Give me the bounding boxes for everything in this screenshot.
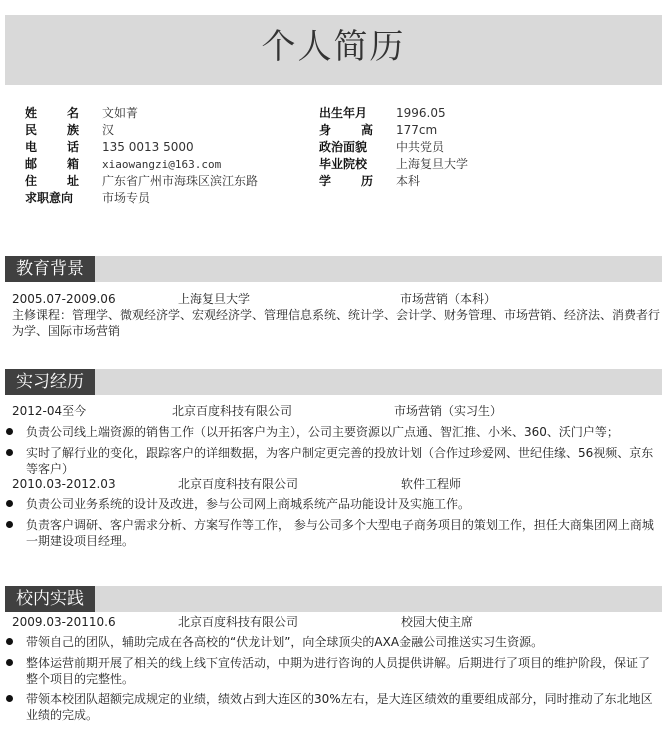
list-item: 负责客户调研、客户需求分析、方案写作等工作， 参与公司多个大型电子商务项目的策划… (6, 517, 656, 549)
bullet-icon (6, 428, 13, 435)
job-company: 北京百度科技有限公司 (178, 476, 298, 492)
page-title: 个人简历 (5, 19, 662, 68)
info-value: 广东省广州市海珠区滨江东路 (102, 173, 258, 190)
label-char: 民 (25, 122, 37, 139)
label-char: 学 (319, 173, 331, 190)
info-value: 上海复旦大学 (396, 156, 468, 173)
section-header-campus: 校内实践 (5, 586, 662, 612)
bullet-text: 带领自己的团队，辅助完成在各高校的“伏龙计划”，向全球顶尖的AXA金融公司推送实… (26, 634, 656, 650)
list-item: 实时了解行业的变化，跟踪客户的详细数据，为客户制定更完善的投放计划（合作过珍爱网… (6, 445, 656, 477)
education-major: 市场营销（本科） (400, 291, 496, 307)
info-value: 文如菁 (102, 105, 138, 122)
job-period: 2010.03-2012.03 (12, 476, 116, 492)
label-char: 箱 (67, 156, 79, 173)
info-value: 1996.05 (396, 105, 446, 122)
section-title: 实习经历 (5, 369, 95, 395)
info-label: 身高 (319, 122, 373, 139)
bullet-text: 整体运营前期开展了相关的线上线下宣传活动，中期为进行咨询的人员提供讲解。后期进行… (26, 655, 656, 687)
section-title: 教育背景 (5, 256, 95, 282)
personal-info-right: 出生年月 1996.05 身高 177cm 政治面貌 中共党员 毕业院校 上海复… (319, 105, 468, 190)
list-item: 带领自己的团队，辅助完成在各高校的“伏龙计划”，向全球顶尖的AXA金融公司推送实… (6, 634, 656, 650)
list-item: 整体运营前期开展了相关的线上线下宣传活动，中期为进行咨询的人员提供讲解。后期进行… (6, 655, 656, 687)
bullet-icon (6, 695, 13, 702)
label-char: 族 (67, 122, 79, 139)
bullet-text: 负责公司线上端资源的销售工作（以开拓客户为主），公司主要资源以广点通、智汇推、小… (26, 424, 656, 440)
label-char: 姓 (25, 105, 37, 122)
bullet-text: 负责公司业务系统的设计及改进，参与公司网上商城系统产品功能设计及实施工作。 (26, 496, 656, 512)
label-char: 邮 (25, 156, 37, 173)
bullet-icon (6, 500, 13, 507)
bullet-text: 带领本校团队超额完成规定的业绩，绩效占到大连区的30%左右，是大连区绩效的重要组… (26, 691, 656, 723)
education-courses: 主修课程：管理学、微观经济学、宏观经济学、管理信息系统、统计学、会计学、财务管理… (12, 307, 662, 339)
email-link[interactable]: xiaowangzi@163.com (102, 156, 221, 173)
section-title: 校内实践 (5, 586, 95, 612)
job-role: 软件工程师 (401, 476, 461, 492)
personal-info-left: 姓名 文如菁 民族 汉 电话 135 0013 5000 邮箱 xiaowang… (25, 105, 258, 207)
info-value: 135 0013 5000 (102, 139, 194, 156)
list-item: 负责公司线上端资源的销售工作（以开拓客户为主），公司主要资源以广点通、智汇推、小… (6, 424, 656, 440)
bullet-icon (6, 449, 13, 456)
label-char: 高 (361, 122, 373, 139)
info-row-phone: 电话 135 0013 5000 (25, 139, 258, 156)
bullet-icon (6, 638, 13, 645)
label-char: 身 (319, 122, 331, 139)
label-char: 历 (361, 173, 373, 190)
education-period: 2005.07-2009.06 (12, 291, 116, 307)
info-label: 政治面貌 (319, 139, 373, 156)
info-label: 姓名 (25, 105, 79, 122)
info-value: 中共党员 (396, 139, 444, 156)
campus-company: 北京百度科技有限公司 (178, 614, 298, 630)
label-char: 话 (67, 139, 79, 156)
job-role: 市场营销（实习生） (394, 403, 502, 419)
info-label: 住址 (25, 173, 79, 190)
info-label: 邮箱 (25, 156, 79, 173)
list-item: 带领本校团队超额完成规定的业绩，绩效占到大连区的30%左右，是大连区绩效的重要组… (6, 691, 656, 723)
info-row-email: 邮箱 xiaowangzi@163.com (25, 156, 258, 173)
info-row-name: 姓名 文如菁 (25, 105, 258, 122)
info-row-school: 毕业院校 上海复旦大学 (319, 156, 468, 173)
info-value: 本科 (396, 173, 420, 190)
info-label: 求职意向 (25, 190, 79, 207)
info-label: 学历 (319, 173, 373, 190)
label-char: 名 (67, 105, 79, 122)
info-value: 汉 (102, 122, 114, 139)
info-label: 民族 (25, 122, 79, 139)
info-label: 出生年月 (319, 105, 373, 122)
label-char: 电 (25, 139, 37, 156)
label-char: 住 (25, 173, 37, 190)
info-row-objective: 求职意向 市场专员 (25, 190, 258, 207)
info-row-address: 住址 广东省广州市海珠区滨江东路 (25, 173, 258, 190)
info-value: 市场专员 (102, 190, 150, 207)
job-company: 北京百度科技有限公司 (172, 403, 292, 419)
info-label: 电话 (25, 139, 79, 156)
info-row-degree: 学历 本科 (319, 173, 468, 190)
section-header-education: 教育背景 (5, 256, 662, 282)
campus-period: 2009.03-20110.6 (12, 614, 116, 630)
title-banner: 个人简历 (5, 15, 662, 85)
info-label: 毕业院校 (319, 156, 373, 173)
bullet-text: 实时了解行业的变化，跟踪客户的详细数据，为客户制定更完善的投放计划（合作过珍爱网… (26, 445, 656, 477)
bullet-icon (6, 659, 13, 666)
info-row-birth: 出生年月 1996.05 (319, 105, 468, 122)
bullet-icon (6, 521, 13, 528)
education-school: 上海复旦大学 (178, 291, 250, 307)
bullet-text: 负责客户调研、客户需求分析、方案写作等工作， 参与公司多个大型电子商务项目的策划… (26, 517, 656, 549)
campus-role: 校园大使主席 (401, 614, 473, 630)
info-row-political: 政治面貌 中共党员 (319, 139, 468, 156)
info-value: 177cm (396, 122, 437, 139)
info-row-height: 身高 177cm (319, 122, 468, 139)
label-char: 址 (67, 173, 79, 190)
section-header-internship: 实习经历 (5, 369, 662, 395)
info-row-ethnicity: 民族 汉 (25, 122, 258, 139)
job-period: 2012-04至今 (12, 403, 86, 419)
list-item: 负责公司业务系统的设计及改进，参与公司网上商城系统产品功能设计及实施工作。 (6, 496, 656, 512)
